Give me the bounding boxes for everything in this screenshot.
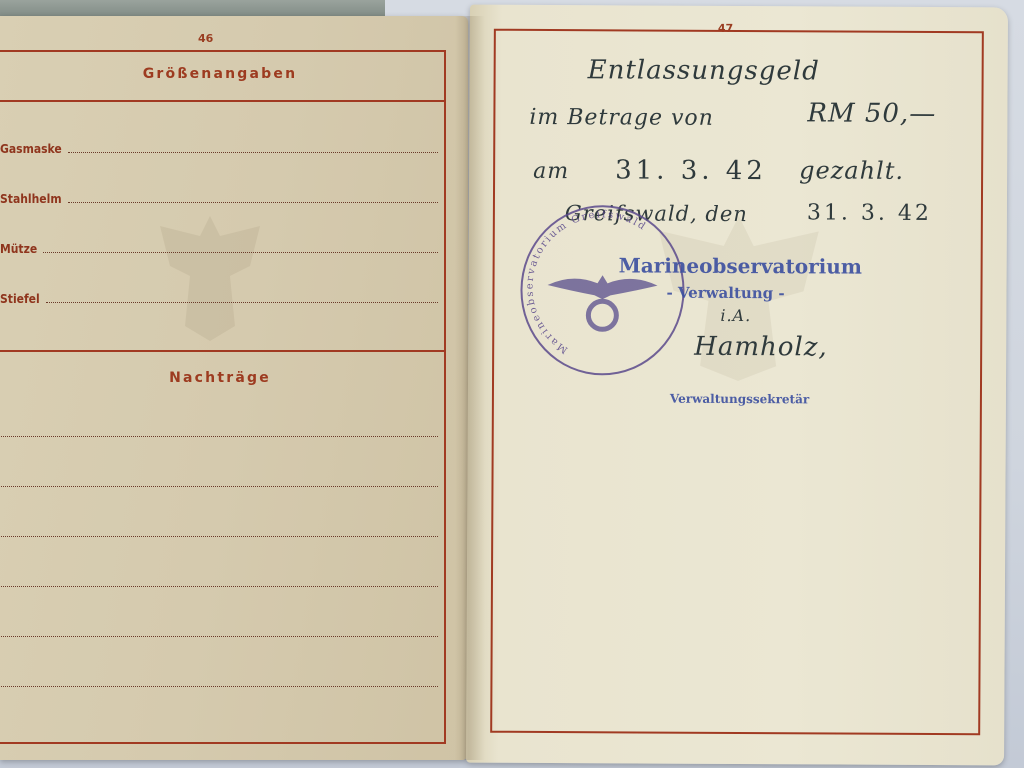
field-label: Stiefel	[0, 292, 40, 306]
field-stiefel[interactable]: Stiefel	[0, 288, 438, 306]
handwritten-amount: RM 50,—	[807, 98, 936, 129]
addenda-line[interactable]	[0, 486, 438, 487]
addenda-line[interactable]	[0, 536, 438, 537]
stamp-institution: Marineobservatorium	[619, 253, 862, 278]
handwritten-place-date: 31. 3. 42	[807, 200, 932, 226]
stamp-official-title: Verwaltungssekretär	[670, 392, 809, 407]
field-label: Stahlhelm	[0, 192, 62, 206]
handwritten-date: 31. 3. 42	[615, 155, 767, 186]
form-frame: Größenangaben Gasmaske Stahlhelm Mütze S…	[0, 50, 446, 744]
field-input-line[interactable]	[68, 202, 438, 203]
book-gutter	[455, 16, 485, 760]
divider	[0, 100, 444, 102]
field-input-line[interactable]	[68, 152, 438, 153]
field-input-line[interactable]	[43, 252, 438, 253]
handwritten-line-2a: im Betrage von	[529, 105, 714, 131]
addenda-line[interactable]	[0, 686, 438, 687]
page-number: 46	[198, 32, 213, 45]
field-muetze[interactable]: Mütze	[0, 238, 438, 256]
handwritten-initials: i.A.	[720, 306, 751, 325]
form-frame	[490, 29, 984, 736]
handwritten-line-1: Entlassungsgeld	[588, 55, 820, 86]
field-label: Mütze	[0, 242, 37, 256]
handwritten-line-3b: gezahlt.	[799, 156, 904, 185]
field-label: Gasmaske	[0, 142, 62, 156]
field-gasmaske[interactable]: Gasmaske	[0, 138, 438, 156]
addenda-line[interactable]	[0, 586, 438, 587]
field-stahlhelm[interactable]: Stahlhelm	[0, 188, 438, 206]
addenda-line[interactable]	[0, 636, 438, 637]
official-round-stamp: Marineobservatorium Greifswald	[520, 205, 685, 376]
divider	[0, 350, 444, 352]
right-page: 47 Entlassungsgeld im Betrage von RM 50,…	[466, 5, 1008, 766]
section-title-sizes: Größenangaben	[0, 66, 444, 82]
left-page: 46 Größenangaben Gasmaske Stahlhelm Mütz…	[0, 16, 468, 760]
addenda-line[interactable]	[0, 436, 438, 437]
handwritten-line-3a: am	[533, 159, 569, 184]
stamp-department: - Verwaltung -	[666, 284, 784, 303]
section-title-addenda: Nachträge	[0, 370, 444, 386]
handwritten-signature: Hamholz,	[694, 332, 828, 363]
field-input-line[interactable]	[46, 302, 438, 303]
